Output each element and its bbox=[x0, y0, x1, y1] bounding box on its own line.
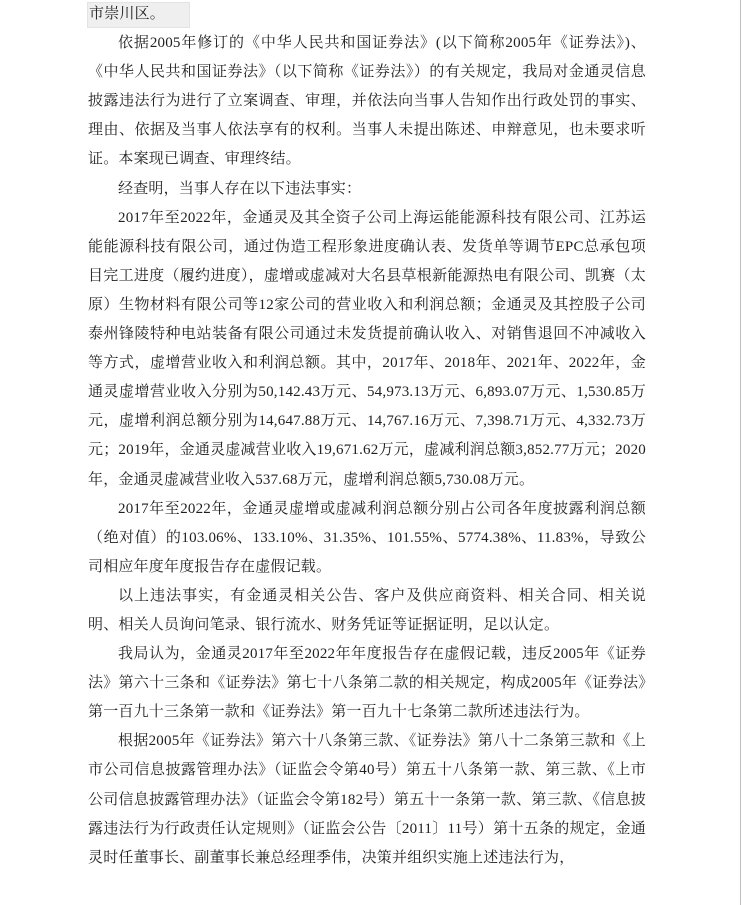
document-paragraph: 依据2005年修订的《中华人民共和国证券法》(以下简称2005年《证券法》)、《… bbox=[88, 29, 646, 174]
document-paragraph: 根据2005年《证券法》第六十八条第三款、《证券法》第八十二条第三款和《上市公司… bbox=[88, 727, 646, 872]
page-right-edge-line bbox=[740, 0, 741, 905]
document-paragraph: 2017年至2022年，金通灵及其全资子公司上海运能能源科技有限公司、江苏运能能… bbox=[88, 204, 646, 495]
document-body: 市崇川区。 依据2005年修订的《中华人民共和国证券法》(以下简称2005年《证… bbox=[88, 0, 646, 873]
highlighted-text: 市崇川区。 bbox=[88, 3, 189, 27]
document-page: 市崇川区。 依据2005年修订的《中华人民共和国证券法》(以下简称2005年《证… bbox=[0, 0, 744, 905]
document-paragraph: 市崇川区。 bbox=[88, 0, 646, 29]
document-paragraph: 以上违法事实，有金通灵相关公告、客户及供应商资料、相关合同、相关说明、相关人员询… bbox=[88, 582, 646, 640]
document-paragraph: 经查明，当事人存在以下违法事实： bbox=[88, 175, 646, 204]
document-paragraph: 2017年至2022年，金通灵虚增或虚减利润总额分别占公司各年度披露利润总额（绝… bbox=[88, 495, 646, 582]
document-paragraph: 我局认为，金通灵2017年至2022年年度报告存在虚假记载，违反2005年《证券… bbox=[88, 640, 646, 727]
